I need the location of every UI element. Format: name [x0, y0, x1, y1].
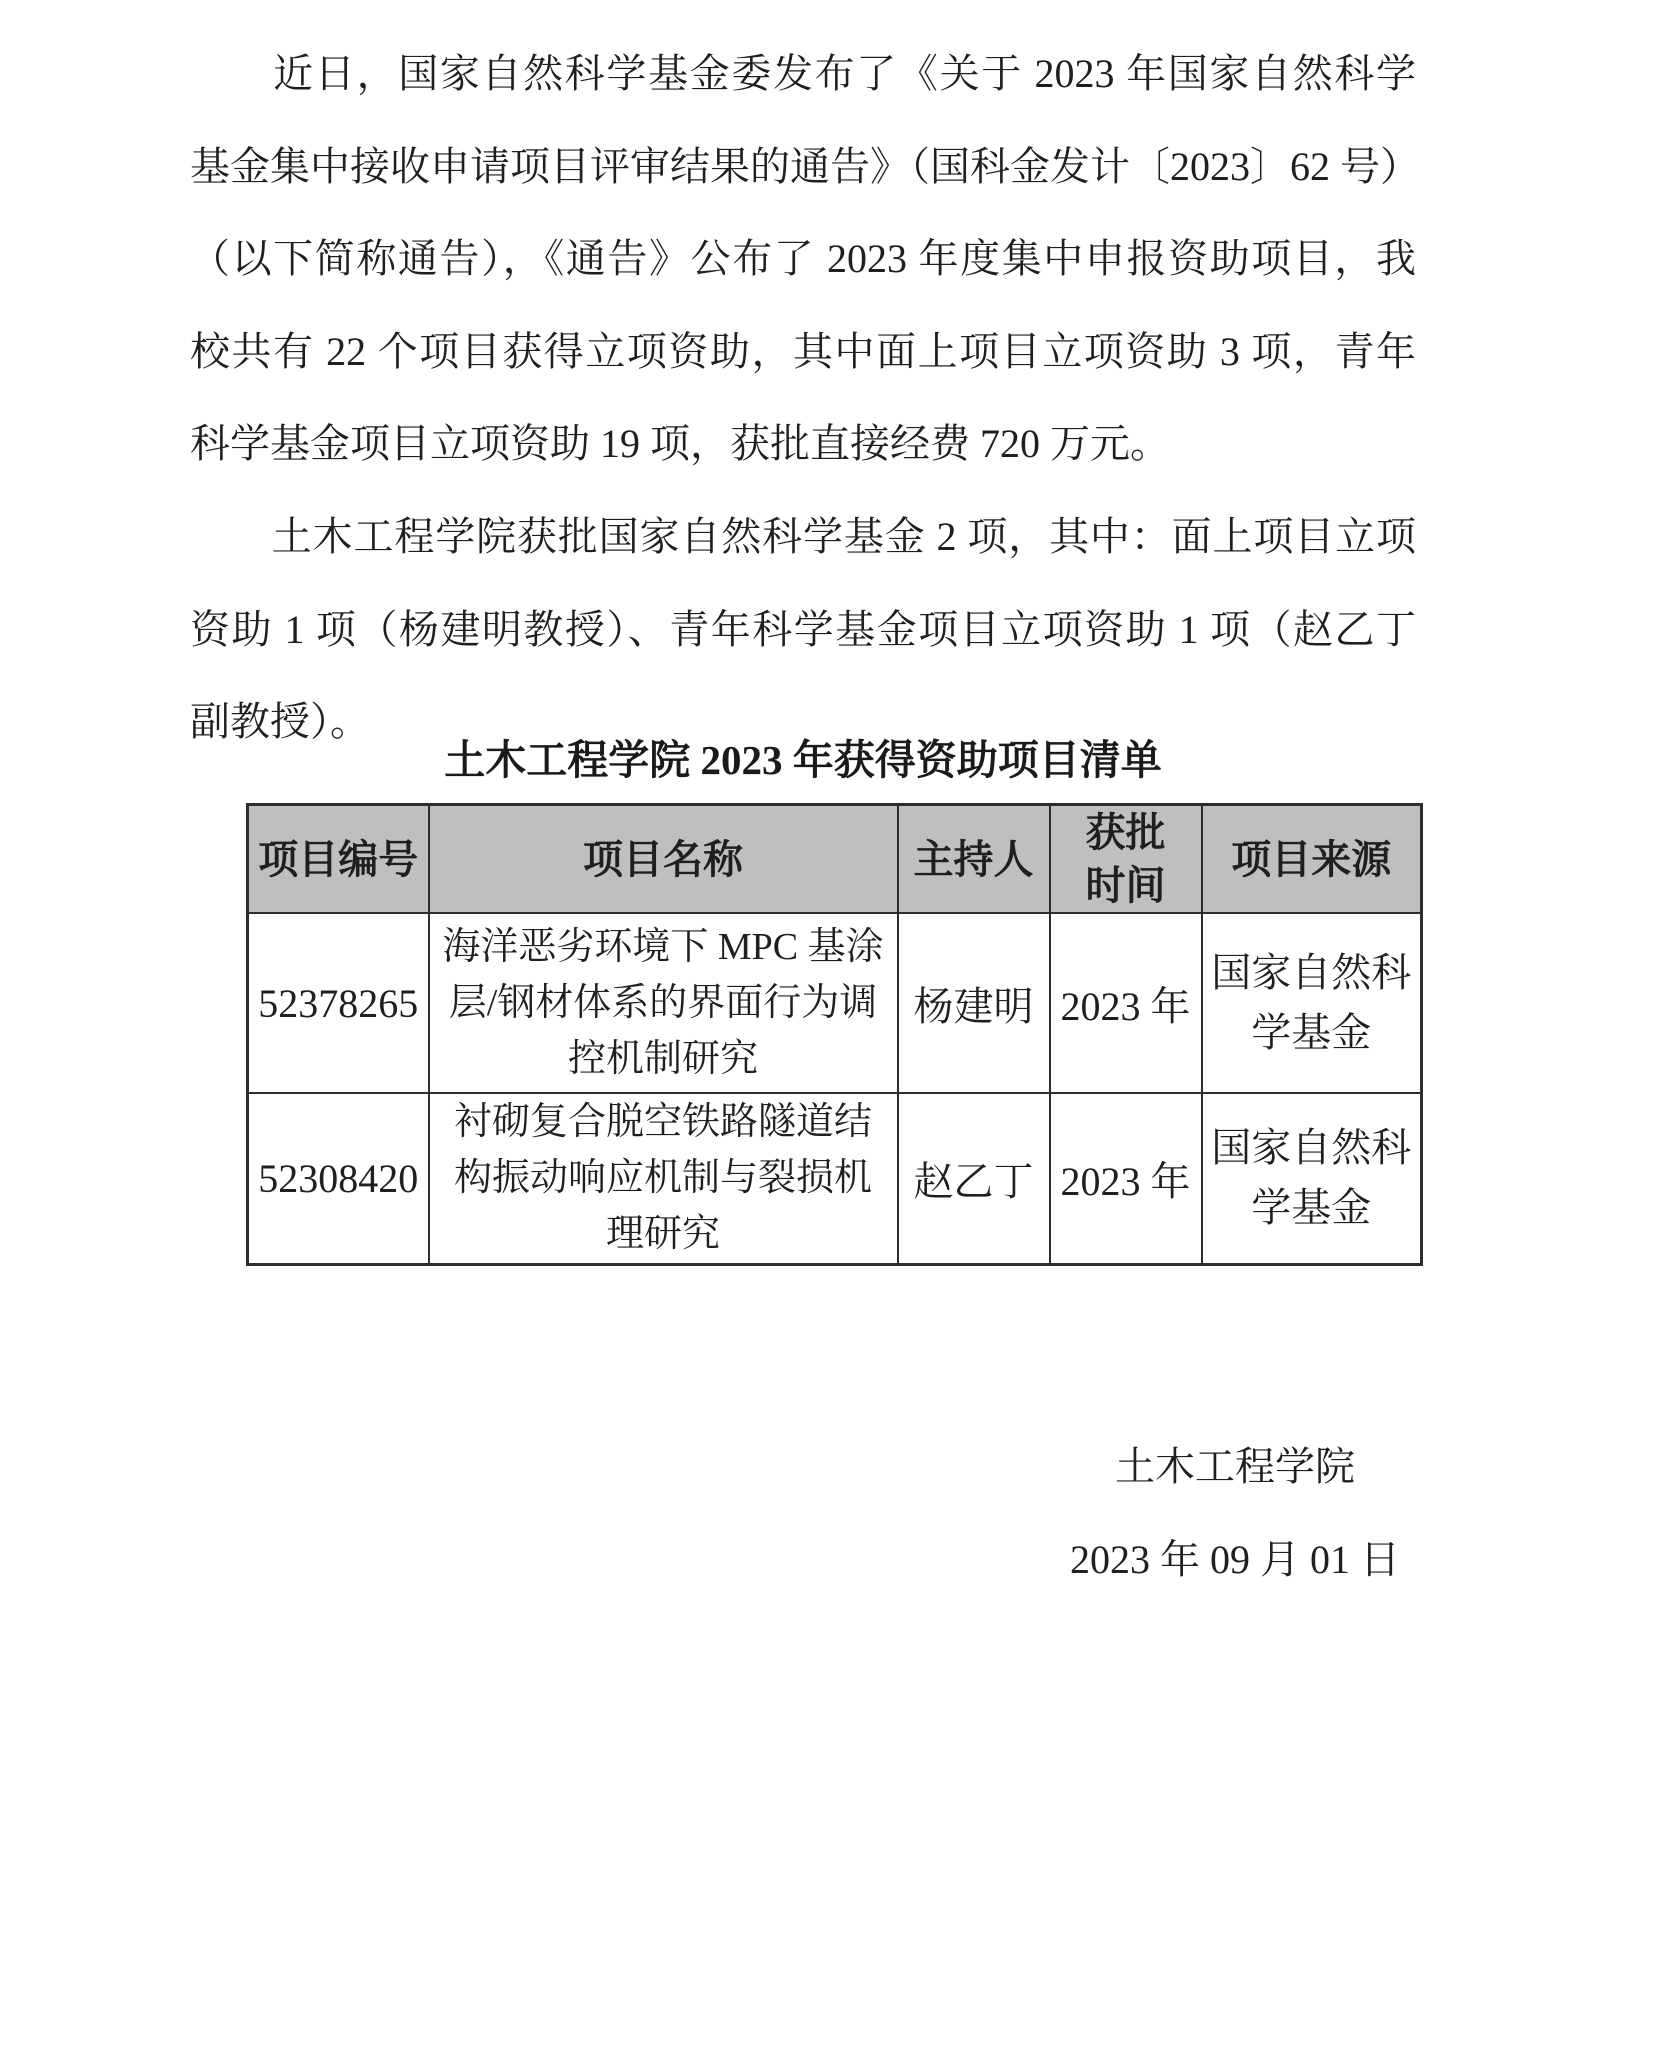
text-line: 土木工程学院获批国家自然科学基金 2 项，其中：面上项目立项	[190, 491, 1416, 584]
text-line: （以下简称通告），《通告》公布了 2023 年度集中申报资助项目，我	[190, 213, 1416, 306]
table-row: 52378265 海洋恶劣环境下 MPC 基涂层/钢材体系的界面行为调控机制研究…	[248, 913, 1422, 1093]
cell-project-id: 52378265	[248, 913, 429, 1093]
signature-block: 土木工程学院 2023 年 09 月 01 日	[1023, 1420, 1447, 1606]
cell-principal-investigator: 杨建明	[898, 913, 1050, 1093]
text-line: 基金集中接收申请项目评审结果的通告》（国科金发计〔2023〕62 号）	[190, 121, 1416, 214]
cell-approval-time: 2023 年	[1050, 1093, 1202, 1264]
text-line: 校共有 22 个项目获得立项资助，其中面上项目立项资助 3 项，青年	[190, 306, 1416, 399]
cell-principal-investigator: 赵乙丁	[898, 1093, 1050, 1264]
cell-approval-time: 2023 年	[1050, 913, 1202, 1093]
cell-project-name: 海洋恶劣环境下 MPC 基涂层/钢材体系的界面行为调控机制研究	[429, 913, 898, 1093]
header-principal-investigator: 主持人	[898, 805, 1050, 914]
cell-project-source: 国家自然科学基金	[1202, 1093, 1422, 1264]
header-approval-time: 获批时间	[1050, 805, 1202, 914]
table-title: 土木工程学院 2023 年获得资助项目清单	[190, 714, 1416, 806]
text-line: 资助 1 项（杨建明教授）、青年科学基金项目立项资助 1 项（赵乙丁	[190, 584, 1416, 677]
text-line: 近日，国家自然科学基金委发布了《关于 2023 年国家自然科学	[190, 28, 1416, 121]
paragraph-announcement: 近日，国家自然科学基金委发布了《关于 2023 年国家自然科学 基金集中接收申请…	[190, 28, 1416, 491]
table-row: 52308420 衬砌复合脱空铁路隧道结构振动响应机制与裂损机理研究 赵乙丁 2…	[248, 1093, 1422, 1264]
document-page: 近日，国家自然科学基金委发布了《关于 2023 年国家自然科学 基金集中接收申请…	[0, 0, 1654, 2050]
funding-projects-table: 项目编号 项目名称 主持人 获批时间 项目来源 52378265 海洋恶劣环境下…	[246, 803, 1423, 1266]
table-header-row: 项目编号 项目名称 主持人 获批时间 项目来源	[248, 805, 1422, 914]
cell-project-id: 52308420	[248, 1093, 429, 1264]
header-project-name: 项目名称	[429, 805, 898, 914]
cell-project-name: 衬砌复合脱空铁路隧道结构振动响应机制与裂损机理研究	[429, 1093, 898, 1264]
signature-org: 土木工程学院	[1023, 1420, 1447, 1513]
header-project-source: 项目来源	[1202, 805, 1422, 914]
cell-project-source: 国家自然科学基金	[1202, 913, 1422, 1093]
header-project-id: 项目编号	[248, 805, 429, 914]
text-line: 科学基金项目立项资助 19 项，获批直接经费 720 万元。	[190, 398, 1416, 491]
signature-date: 2023 年 09 月 01 日	[1023, 1513, 1447, 1606]
